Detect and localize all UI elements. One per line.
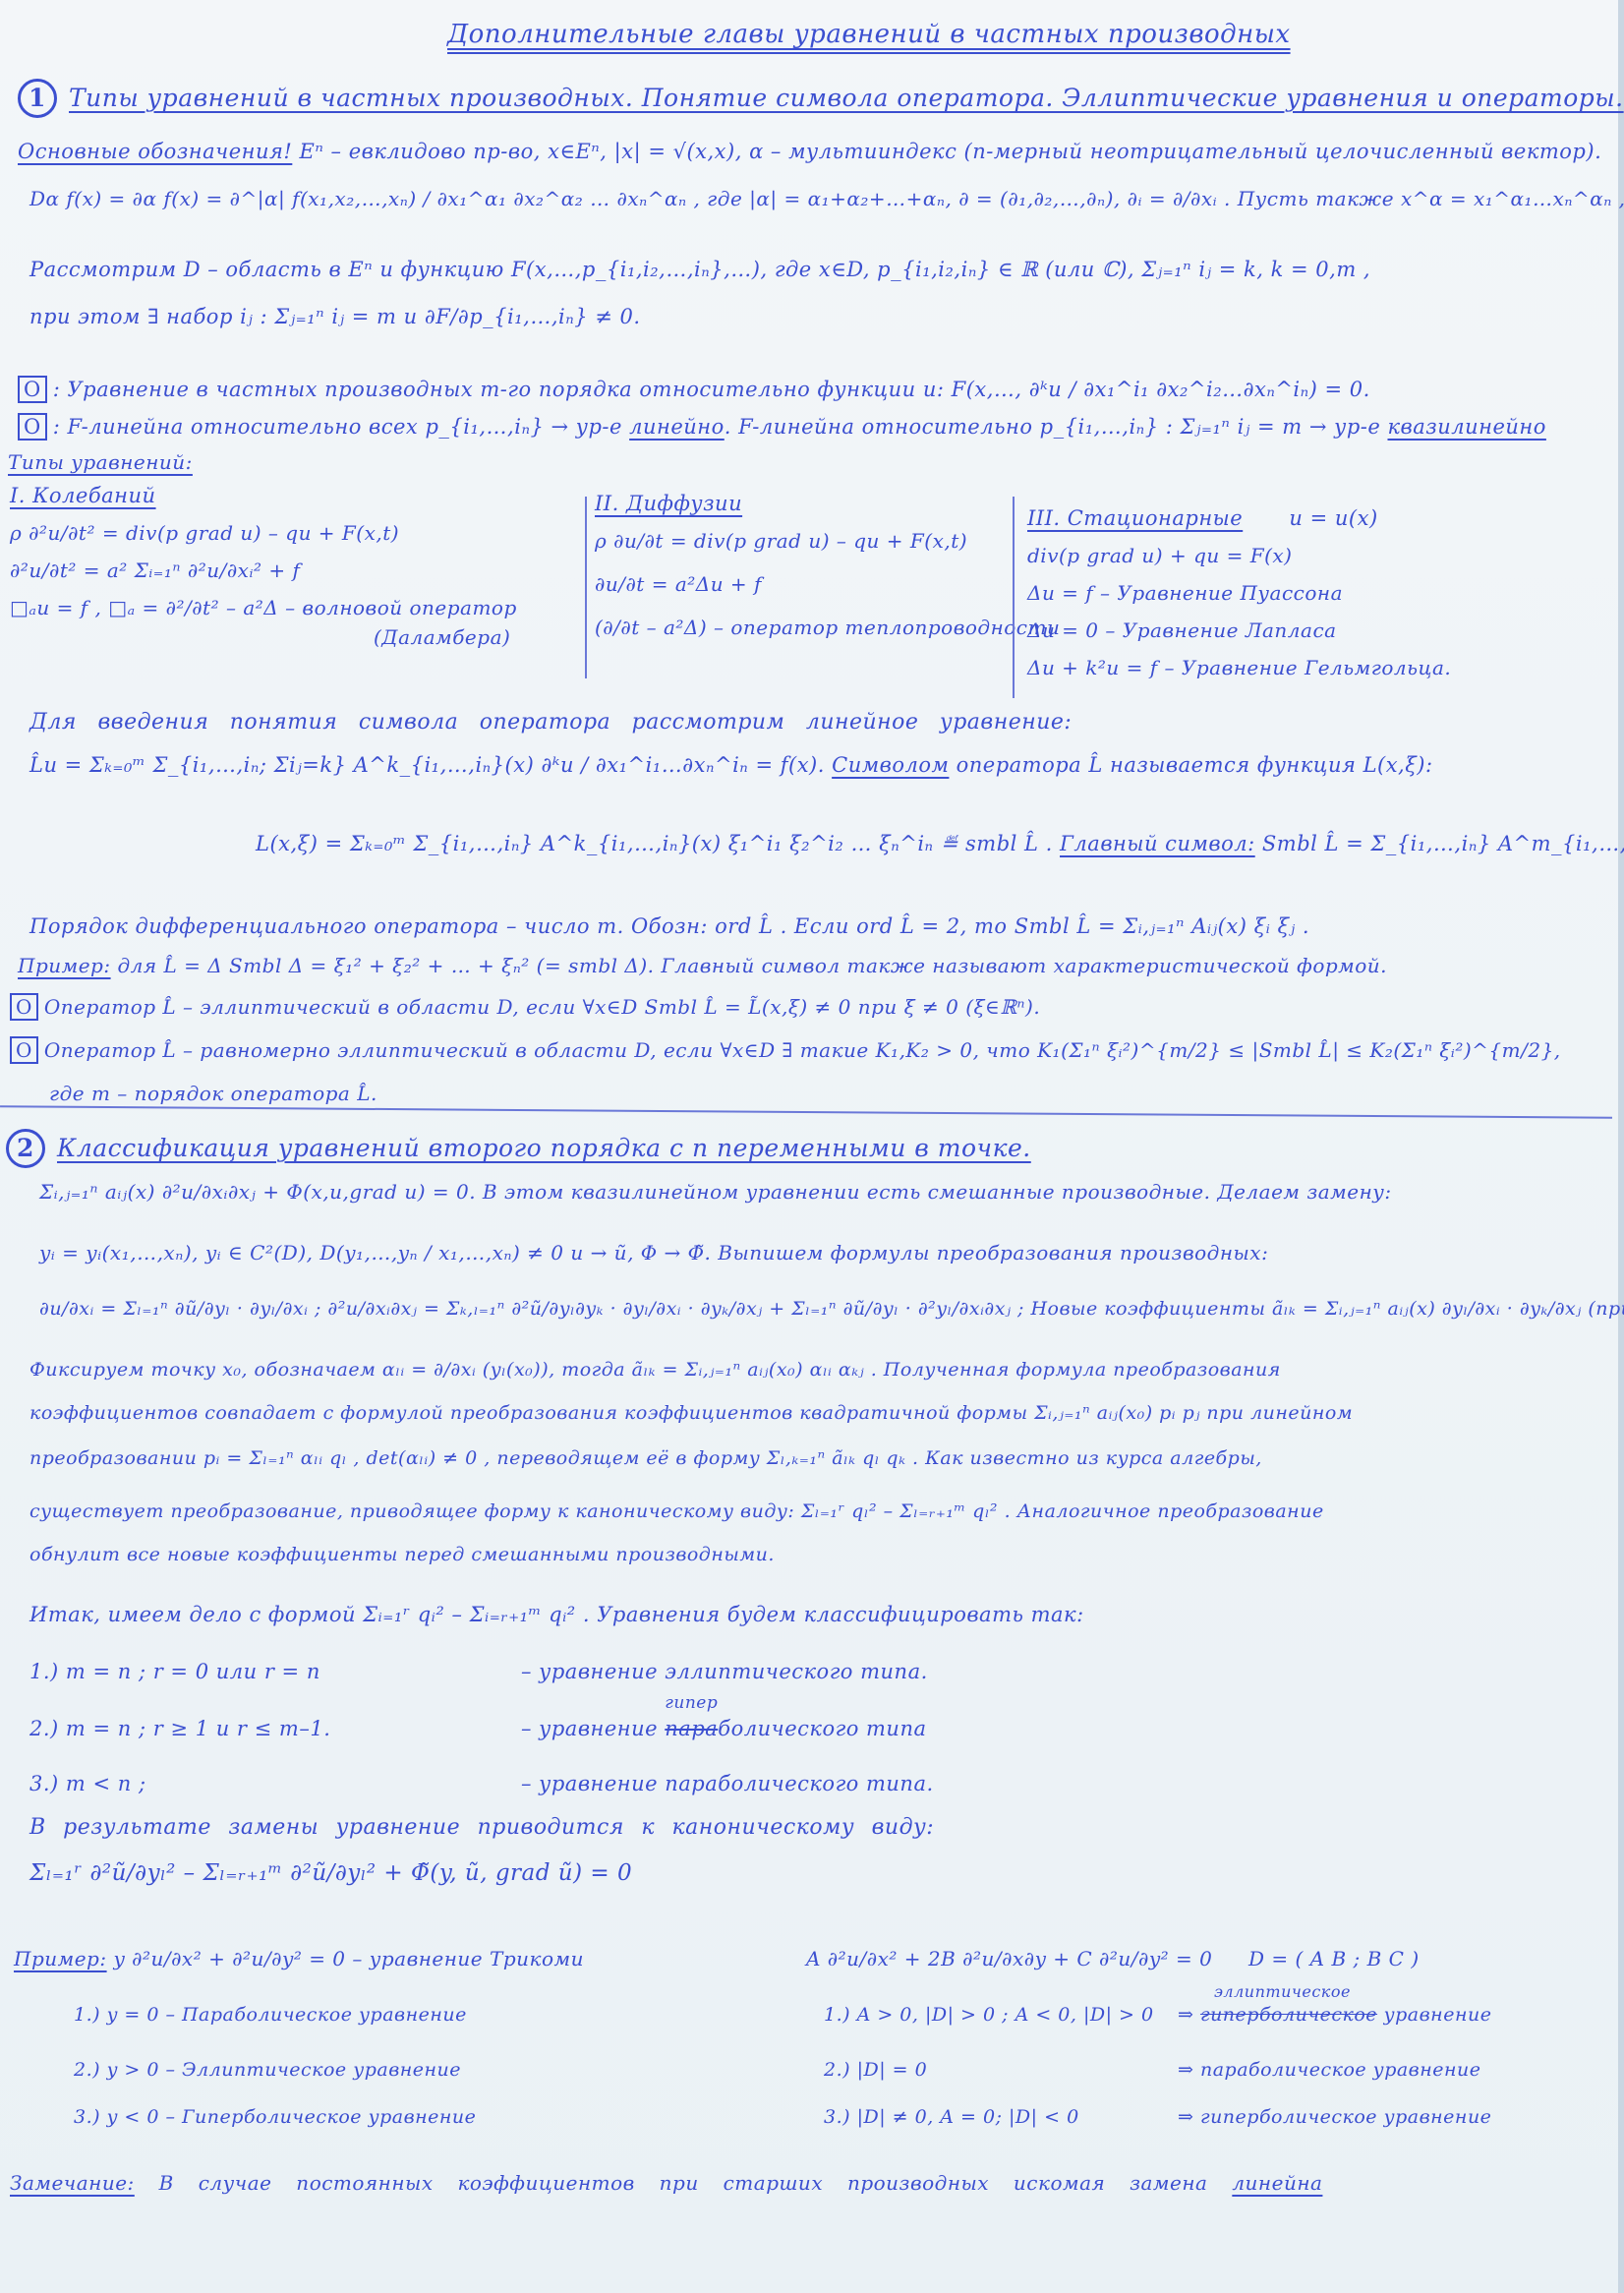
type-stationary-column: III. Стационарные u = u(x) div(p grad u)… (1027, 506, 1578, 693)
uniform-elliptic-definition: OОператор L̂ – равномерно эллиптический … (10, 1036, 1561, 1064)
notation-line: Основные обозначения! Eⁿ – евклидово пр-… (18, 140, 1601, 163)
example-equation: y ∂²u/∂x² + ∂²u/∂y² = 0 – уравнение Трик… (113, 1947, 584, 1970)
symbol-formula: L(x,ξ) = Σₖ₌₀ᵐ Σ_{i₁,…,iₙ} A^k_{i₁,…,iₙ}… (256, 832, 1624, 855)
tricomi-example: Пример: y ∂²u/∂x² + ∂²u/∂y² = 0 – уравне… (14, 1947, 584, 1970)
symbol-definition-text: оператора L̂ называется функция L(x,ξ): (957, 753, 1433, 777)
type-equation-note: (Даламбера) (374, 625, 580, 649)
laplacian-example: Пример: для L̂ = Δ Smbl Δ = ξ₁² + ξ₂² + … (18, 954, 1387, 977)
case-condition: 2.) m = n ; r ≥ 1 и r ≤ m–1. (29, 1717, 521, 1740)
type-equation: ∂²u/∂t² = a² Σᵢ₌₁ⁿ ∂²u/∂xᵢ² + f (10, 559, 580, 582)
definition-text: Оператор L̂ – эллиптический в области D,… (44, 995, 1040, 1019)
case-condition: 1.) m = n ; r = 0 или r = n (29, 1660, 521, 1683)
case-condition: 3.) |D| ≠ 0, A = 0; |D| < 0 (824, 2106, 1178, 2128)
canonical-equation: Σₗ₌₁ʳ ∂²ũ/∂yₗ² – Σₗ₌ᵣ₊₁ᵐ ∂²ũ/∂yₗ² + Φ̃(y… (29, 1860, 632, 1886)
correction-above: эллиптическое (1214, 1982, 1351, 2001)
classification-intro: Итак, имеем дело с формой Σᵢ₌₁ʳ qᵢ² – Σᵢ… (29, 1603, 1084, 1626)
remark-label: Замечание: (10, 2171, 135, 2195)
type-heading: I. Колебаний (10, 484, 580, 507)
section-number-badge: 1 (18, 79, 57, 118)
case-result: уравнение (1384, 2004, 1492, 2026)
change-of-variables: yᵢ = yᵢ(x₁,…,xₙ), yᵢ ∈ C²(D), D(y₁,…,yₙ … (39, 1241, 1268, 1264)
definition-mark: O (18, 376, 47, 403)
case-arrow: ⇒ (1178, 2059, 1193, 2081)
type-equation: □ₐu = f , □ₐ = ∂²/∂t² – a²Δ – волновой о… (10, 596, 580, 619)
definition-text: Оператор L̂ – равномерно эллиптический в… (44, 1038, 1561, 1062)
case-result: – уравнение параболического типа. (521, 1772, 934, 1795)
type-heading: II. Диффузии (595, 492, 998, 515)
case-condition: 1.) A > 0, |D| > 0 ; A < 0, |D| > 0 (824, 2004, 1178, 2026)
remark-line: Замечание: В случае постоянных коэффицие… (10, 2171, 1322, 2195)
classification-case: 2.) m = n ; r ≥ 1 и r ≤ m–1.– уравнение … (29, 1717, 927, 1740)
type-oscillation-column: I. Колебаний ρ ∂²u/∂t² = div(p grad u) –… (10, 484, 580, 663)
symbol-equation: L̂u = Σₖ₌₀ᵐ Σ_{i₁,…,iₙ; Σiⱼ=k} A^k_{i₁,…… (29, 753, 1433, 777)
section-1-heading: 1Типы уравнений в частных производных. П… (18, 79, 1624, 118)
case-condition: 2.) |D| = 0 (824, 2059, 1178, 2081)
paragraph-line: преобразовании pᵢ = Σₗ₌₁ⁿ αₗᵢ qₗ , det(α… (29, 1447, 1262, 1469)
case-result: – уравнение (521, 1717, 658, 1740)
case-correction: эллиптическоегиперболическое (1200, 2004, 1377, 2026)
tricomi-case: 1.) y = 0 – Параболическое уравнение (74, 2004, 467, 2026)
paragraph-line: существует преобразование, приводящее фо… (29, 1500, 1324, 1522)
general-case: 1.) A > 0, |D| > 0 ; A < 0, |D| > 0⇒ элл… (824, 2004, 1491, 2026)
paragraph-line: коэффициентов совпадает с формулой преоб… (29, 1402, 1353, 1424)
type-equation: (∂/∂t – a²Δ) – оператор теплопроводности (595, 616, 998, 639)
notation-text: Eⁿ – евклидово пр-во, x∈Eⁿ, |x| = √(x,x)… (300, 140, 1602, 163)
canonical-intro: В результате замены уравнение приводится… (29, 1815, 934, 1840)
struck-text: гиперболическое (1200, 2004, 1377, 2026)
types-label: Типы уравнений: (8, 450, 193, 474)
type-equation: Δu = 0 – Уравнение Лапласа (1027, 618, 1578, 642)
definition-mark: O (10, 993, 38, 1021)
general-case: 3.) |D| ≠ 0, A = 0; |D| < 0⇒ гиперболиче… (824, 2106, 1491, 2128)
type-heading-extra: u = u(x) (1289, 506, 1377, 530)
case-result: параболическое уравнение (1200, 2059, 1481, 2081)
derivative-transform: ∂u/∂xᵢ = Σₗ₌₁ⁿ ∂ũ/∂yₗ · ∂yₗ/∂xᵢ ; ∂²u/∂x… (39, 1298, 1624, 1320)
symbol-term: Символом (832, 753, 949, 777)
elliptic-definition: OОператор L̂ – эллиптический в области D… (10, 993, 1040, 1021)
section-divider (0, 1105, 1612, 1118)
case-result: гиперболическое уравнение (1200, 2106, 1491, 2128)
example-label: Пример: (18, 954, 111, 977)
case-result-tail: болического типа (718, 1717, 926, 1740)
struck-text: пара (665, 1717, 718, 1740)
type-equation: ρ ∂u/∂t = div(p grad u) – qu + F(x,t) (595, 529, 998, 553)
section-2-title: Классификация уравнений второго порядка … (57, 1134, 1031, 1162)
principal-symbol-formula: Smbl L̂ = Σ_{i₁,…,iₙ} A^m_{i₁,…,iₙ}(x) ξ… (1262, 832, 1624, 855)
linear-term: линейно (629, 415, 725, 439)
correction-above: гипер (665, 1693, 718, 1713)
linear-operator-equation: L̂u = Σₖ₌₀ᵐ Σ_{i₁,…,iₙ; Σiⱼ=k} A^k_{i₁,…… (29, 753, 825, 777)
example-label: Пример: (14, 1947, 107, 1970)
operator-order-line: Порядок дифференциального оператора – чи… (29, 914, 1309, 938)
type-equation: Δu = f – Уравнение Пуассона (1027, 581, 1578, 605)
general-case: 2.) |D| = 0⇒ параболическое уравнение (824, 2059, 1481, 2081)
principal-symbol-label: Главный символ: (1060, 832, 1255, 855)
case-condition: 3.) m < n ; (29, 1772, 521, 1795)
remark-text: В случае постоянных коэффициентов при ст… (159, 2171, 1208, 2195)
quasilinear-term: квазилинейно (1387, 415, 1545, 439)
section-number-badge: 2 (6, 1129, 45, 1168)
uniform-elliptic-tail: где m – порядок оператора L̂. (49, 1082, 377, 1105)
page-edge (1618, 0, 1624, 2293)
definition-text: : Уравнение в частных производных m-го п… (53, 378, 1370, 401)
coefficient-matrix: D = ( A B ; B C ) (1248, 1947, 1420, 1970)
quasilinear-equation: Σᵢ,ⱼ₌₁ⁿ aᵢⱼ(x) ∂²u/∂xᵢ∂xⱼ + Φ(x,u,grad u… (39, 1180, 1392, 1204)
type-equation: ∂u/∂t = a²Δu + f (595, 572, 998, 596)
consider-line-2: при этом ∃ набор iⱼ : Σⱼ₌₁ⁿ iⱼ = m и ∂F/… (29, 305, 641, 328)
classification-case: 3.) m < n ;– уравнение параболического т… (29, 1772, 934, 1795)
column-divider (1013, 497, 1015, 698)
tricomi-case: 3.) y < 0 – Гиперболическое уравнение (74, 2106, 476, 2128)
paragraph-line: Фиксируем точку x₀, обозначаем αₗᵢ = ∂/∂… (29, 1359, 1281, 1381)
consider-line-1: Рассмотрим D – область в Eⁿ и функцию F(… (29, 258, 1370, 281)
case-result: – уравнение эллиптического типа. (521, 1660, 928, 1683)
general-second-order-equation: A ∂²u/∂x² + 2B ∂²u/∂x∂y + C ∂²u/∂y² = 0 (806, 1947, 1212, 1970)
definition-mark: O (10, 1036, 38, 1064)
derivative-definition: Dα f(x) = ∂α f(x) = ∂^|α| f(x₁,x₂,…,xₙ) … (29, 187, 1624, 210)
classification-case: 1.) m = n ; r = 0 или r = n– уравнение э… (29, 1660, 928, 1683)
symbol-intro: Для введения понятия символа оператора р… (29, 710, 1072, 735)
type-heading: III. Стационарные (1027, 506, 1243, 530)
page-title: Дополнительные главы уравнений в частных… (447, 20, 1291, 49)
type-heading-row: III. Стационарные u = u(x) (1027, 506, 1578, 530)
example-text: для L̂ = Δ Smbl Δ = ξ₁² + ξ₂² + … + ξₙ² … (117, 954, 1387, 977)
tricomi-case: 2.) y > 0 – Эллиптическое уравнение (74, 2059, 461, 2081)
definition-text: : F-линейна относительно всех p_{i₁,…,iₙ… (53, 415, 622, 439)
definition-mark: O (18, 413, 47, 441)
remark-emphasis: линейна (1232, 2171, 1322, 2195)
case-arrow: ⇒ (1178, 2004, 1193, 2026)
notation-label: Основные обозначения! (18, 140, 292, 163)
type-diffusion-column: II. Диффузии ρ ∂u/∂t = div(p grad u) – q… (595, 492, 998, 653)
full-symbol-formula: L(x,ξ) = Σₖ₌₀ᵐ Σ_{i₁,…,iₙ} A^k_{i₁,…,iₙ}… (256, 832, 1053, 855)
notebook-page: Дополнительные главы уравнений в частных… (0, 0, 1624, 2293)
definition-text-2: . F-линейна относительно p_{i₁,…,iₙ} : Σ… (725, 415, 1381, 439)
definition-linear: O: F-линейна относительно всех p_{i₁,…,i… (18, 413, 1546, 441)
type-equation: div(p grad u) + qu = F(x) (1027, 544, 1578, 567)
column-divider (585, 497, 587, 678)
type-equation: Δu + k²u = f – Уравнение Гельмгольца. (1027, 656, 1578, 679)
type-equation: ρ ∂²u/∂t² = div(p grad u) – qu + F(x,t) (10, 521, 580, 545)
case-arrow: ⇒ (1178, 2106, 1193, 2128)
paragraph-line: обнулит все новые коэффициенты перед сме… (29, 1544, 775, 1565)
section-1-title: Типы уравнений в частных производных. По… (69, 84, 1624, 112)
case-correction: гиперпара (665, 1717, 718, 1740)
section-2-heading: 2Классификация уравнений второго порядка… (6, 1129, 1031, 1168)
definition-pde: O: Уравнение в частных производных m-го … (18, 376, 1370, 403)
